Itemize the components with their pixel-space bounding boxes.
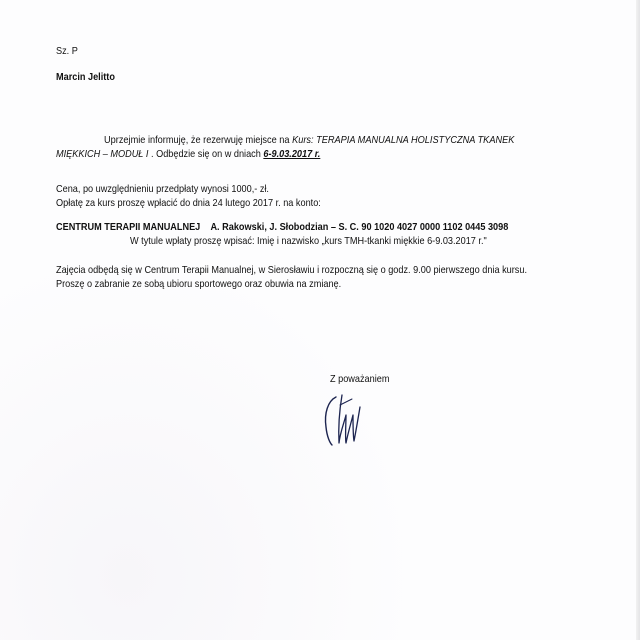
course-dates: 6-9.03.2017 r. <box>263 149 320 160</box>
account-name: CENTRUM TERAPII MANUALNEJ <box>56 222 200 233</box>
course-title-part1: TERAPIA MANUALNA HOLISTYCZNA TKANEK <box>314 135 515 146</box>
closing-phrase: Z poważaniem <box>330 374 389 385</box>
course-title-part2: MIĘKKICH – MODUŁ I <box>56 149 148 160</box>
transfer-title-line: W tytule wpłaty proszę wpisać: Imię i na… <box>130 236 487 247</box>
letter-page: Sz. P Marcin Jelitto Uprzejmie informuję… <box>0 0 636 640</box>
page-edge <box>636 0 640 640</box>
location-line: Zajęcia odbędą się w Centrum Terapii Man… <box>56 265 527 276</box>
course-paragraph-line-1: Uprzejmie informuję, że rezerwuję miejsc… <box>104 135 514 146</box>
price-line: Cena, po uwzględnieniu przedpłaty wynosi… <box>56 184 269 195</box>
intro-text: Uprzejmie informuję, że rezerwuję miejsc… <box>104 135 292 146</box>
clothing-line: Proszę o zabranie ze sobą ubioru sportow… <box>56 279 341 290</box>
course-paragraph-line-2: MIĘKKICH – MODUŁ I . Odbędzie się on w d… <box>56 149 320 160</box>
account-owners-number: A. Rakowski, J. Słobodzian – S. C. 90 10… <box>210 222 508 233</box>
date-intro: . Odbędzie się on w dniach <box>148 149 263 160</box>
signature-image <box>318 393 378 451</box>
account-line: CENTRUM TERAPII MANUALNEJ A. Rakowski, J… <box>56 222 508 233</box>
payment-deadline-line: Opłatę za kurs proszę wpłacić do dnia 24… <box>56 198 321 209</box>
recipient-name: Marcin Jelitto <box>56 72 115 83</box>
course-prefix: Kurs: <box>292 135 313 146</box>
salutation: Sz. P <box>56 46 78 57</box>
